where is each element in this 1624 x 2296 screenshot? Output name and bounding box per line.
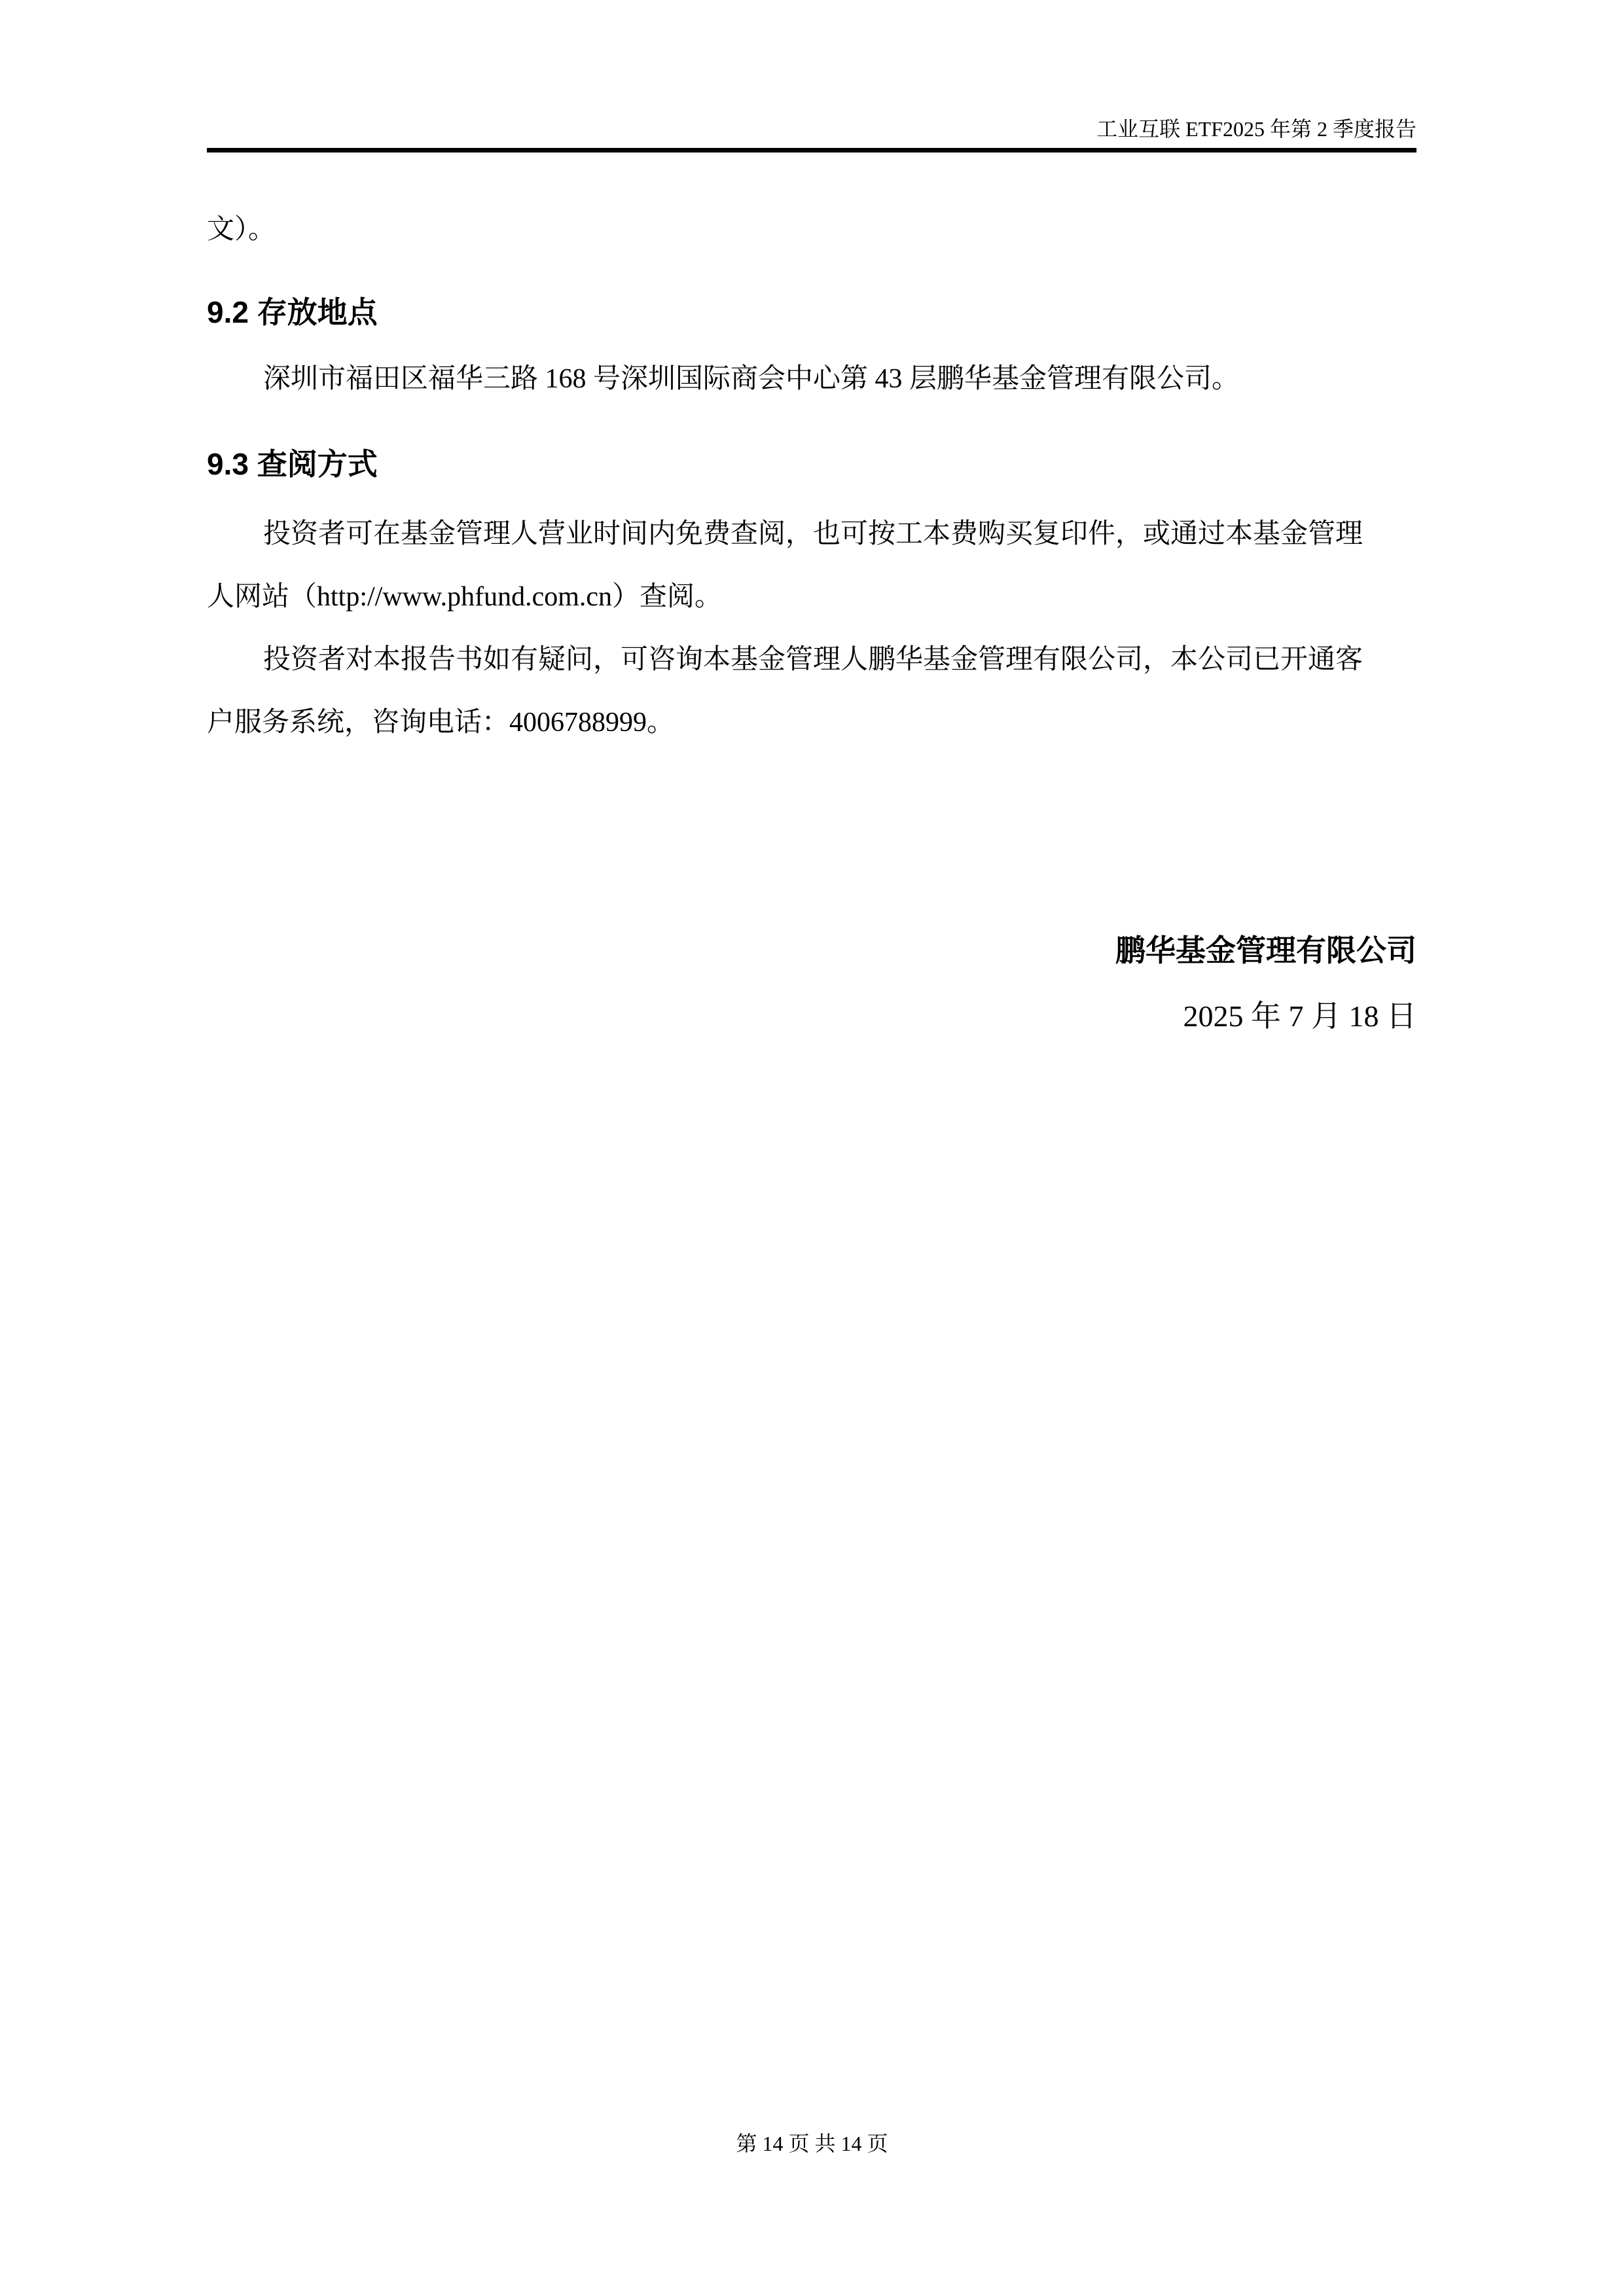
signature-company-name: 鹏华基金管理有限公司 — [207, 935, 1416, 968]
section-heading-9-2: 9.2 存放地点 — [207, 296, 1416, 329]
inspection-paragraph-2-line-2: 户服务系统，咨询电话：4006788999。 — [207, 707, 1416, 738]
inspection-paragraph-2-line-1: 投资者对本报告书如有疑问，可咨询本基金管理人鹏华基金管理有限公司，本公司已开通客 — [207, 644, 1416, 675]
report-page: 工业互联 ETF2025 年第 2 季度报告 文）。 9.2 存放地点 深圳市福… — [0, 0, 1624, 2296]
page-number-footer: 第 14 页 共 14 页 — [0, 2132, 1624, 2155]
signature-date: 2025 年 7 月 18 日 — [207, 1000, 1416, 1033]
page-header-title: 工业互联 ETF2025 年第 2 季度报告 — [207, 118, 1416, 141]
storage-location-paragraph: 深圳市福田区福华三路 168 号深圳国际商会中心第 43 层鹏华基金管理有限公司… — [207, 363, 1416, 395]
continuation-text: 文）。 — [207, 214, 1416, 245]
section-heading-9-3: 9.3 查阅方式 — [207, 448, 1416, 481]
inspection-paragraph-1-line-2: 人网站（http://www.phfund.com.cn）查阅。 — [207, 581, 1416, 613]
header-rule — [207, 148, 1416, 152]
inspection-paragraph-1-line-1: 投资者可在基金管理人营业时间内免费查阅，也可按工本费购买复印件，或通过本基金管理 — [207, 518, 1416, 550]
